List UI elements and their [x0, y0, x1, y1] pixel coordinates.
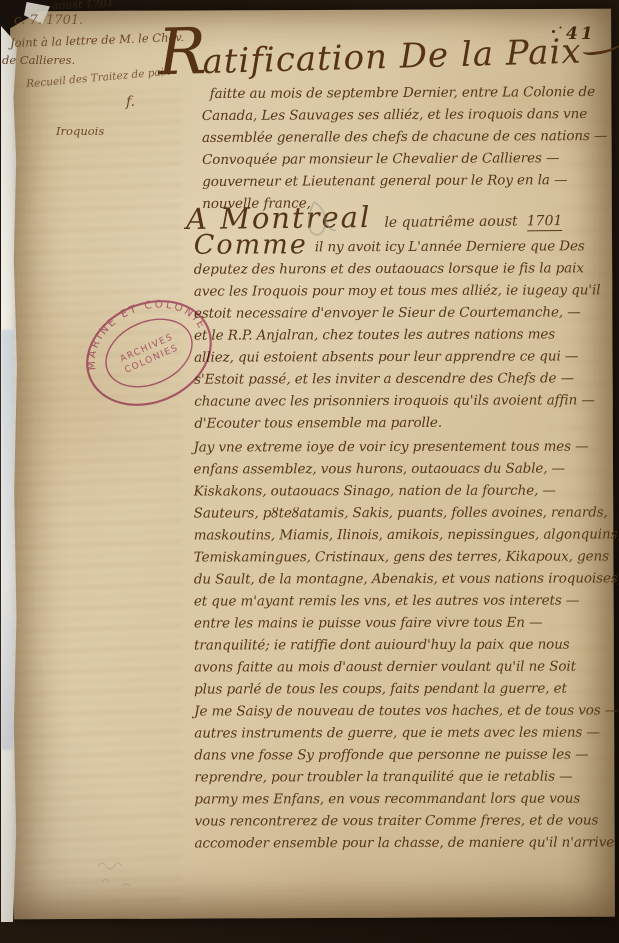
- pencil-mark: [300, 196, 342, 244]
- manuscript-line: autres instruments de guerre, que ie met…: [194, 721, 619, 744]
- margin-note-date: c. 7. 1701.: [14, 13, 83, 28]
- pencil-scribble: [92, 856, 172, 896]
- manuscript-line: s'Estoit passé, et les inviter a descend…: [194, 367, 601, 390]
- binding-edge-tint: [1, 330, 14, 750]
- manuscript-line: Sauteurs, pȣteȣatamis, Sakis, puants, fo…: [194, 501, 619, 524]
- manuscript-line: et que m'ayant remis les vns, et les aut…: [194, 589, 619, 612]
- manuscript-line: alliez, qui estoient absents pour leur a…: [194, 345, 601, 368]
- manuscript-line: maskoutins, Miamis, Ilinois, amikois, ne…: [194, 523, 619, 546]
- paragraph-lead-word: Comme: [194, 229, 308, 260]
- manuscript-line: vous rencontrerez de vous traiter Comme …: [194, 809, 619, 832]
- margin-note-joint-2: de Callieres.: [2, 53, 75, 67]
- manuscript-line: gouverneur et Lieutenant general pour le…: [202, 169, 608, 193]
- paragraph-jay: Jay vne extreme ioye de voir icy present…: [193, 435, 619, 854]
- manuscript-line: Jay vne extreme ioye de voir icy present…: [193, 435, 619, 458]
- manuscript-line: entre les mains ie puisse vous faire viv…: [194, 611, 619, 634]
- verso-bleedthrough: [14, 84, 182, 904]
- manuscript-line: et le R.P. Anjalran, chez toutes les aut…: [194, 323, 601, 346]
- manuscript-line: tranquilité; ie ratiffie dont auiourd'hu…: [194, 633, 619, 656]
- manuscript-line: accomoder ensemble pour la chasse, de ma…: [194, 831, 619, 854]
- preamble-paragraph: faitte au mois de septembre Dernier, ent…: [202, 81, 608, 215]
- manuscript-line: avec les Iroquois pour moy et tous mes a…: [194, 279, 601, 302]
- manuscript-line: enfans assemblez, vous hurons, outaouacs…: [194, 457, 619, 480]
- dateline-year: 1701: [527, 213, 563, 231]
- manuscript-line: assemblée generalle des chefs de chacune…: [202, 125, 608, 149]
- manuscript-line: Temiskamingues, Cristinaux, gens des ter…: [194, 545, 619, 568]
- manuscript-line: Canada, Les Sauvages ses alliéz, et les …: [202, 103, 608, 127]
- manuscript-line: avons faitte au mois d'aoust dernier vou…: [194, 655, 619, 678]
- manuscript-line: parmy mes Enfans, en vous recommandant l…: [194, 787, 619, 810]
- manuscript-line: Kiskakons, outaouacs Sinago, nation de l…: [194, 479, 619, 502]
- manuscript-line: du Sault, de la montagne, Abenakis, et v…: [194, 567, 619, 590]
- manuscript-line: Je me Saisy de nouveau de toutes vos hac…: [194, 699, 619, 722]
- manuscript-line: faitte au mois de septembre Dernier, ent…: [210, 81, 608, 105]
- manuscript-line: deputez des hurons et des outaouacs lors…: [194, 257, 601, 280]
- manuscript-photo: aoust 1701 c. 7. 1701. Joint à la lettre…: [0, 0, 619, 943]
- manuscript-line: dans vne fosse Sy proffonde que personne…: [194, 743, 619, 766]
- insertion-mark: f.: [126, 94, 135, 110]
- manuscript-line: Commeil ny avoit icy L'année Derniere qu…: [194, 231, 601, 258]
- manuscript-line: chacune avec les prisonniers iroquois qu…: [194, 389, 601, 412]
- manuscript-line-text: il ny avoit icy L'année Derniere que Des: [315, 238, 585, 255]
- dateline-date: le quatriême aoust: [384, 213, 517, 230]
- paragraph-comme: Commeil ny avoit icy L'année Derniere qu…: [194, 231, 601, 434]
- manuscript-line: reprendre, pour troubler la tranquilité …: [194, 765, 619, 788]
- page-title: Ratification De la Paix: [157, 4, 619, 91]
- margin-note-iroquois: Iroquois: [56, 124, 104, 138]
- manuscript-line: plus parlé de tous les coups, faits pend…: [194, 677, 619, 700]
- manuscript-line: estoit necessaire d'envoyer le Sieur de …: [194, 301, 601, 324]
- manuscript-line: d'Ecouter tous ensemble ma parolle.: [194, 411, 601, 434]
- manuscript-line: Convoquée par monsieur le Chevalier de C…: [202, 147, 608, 171]
